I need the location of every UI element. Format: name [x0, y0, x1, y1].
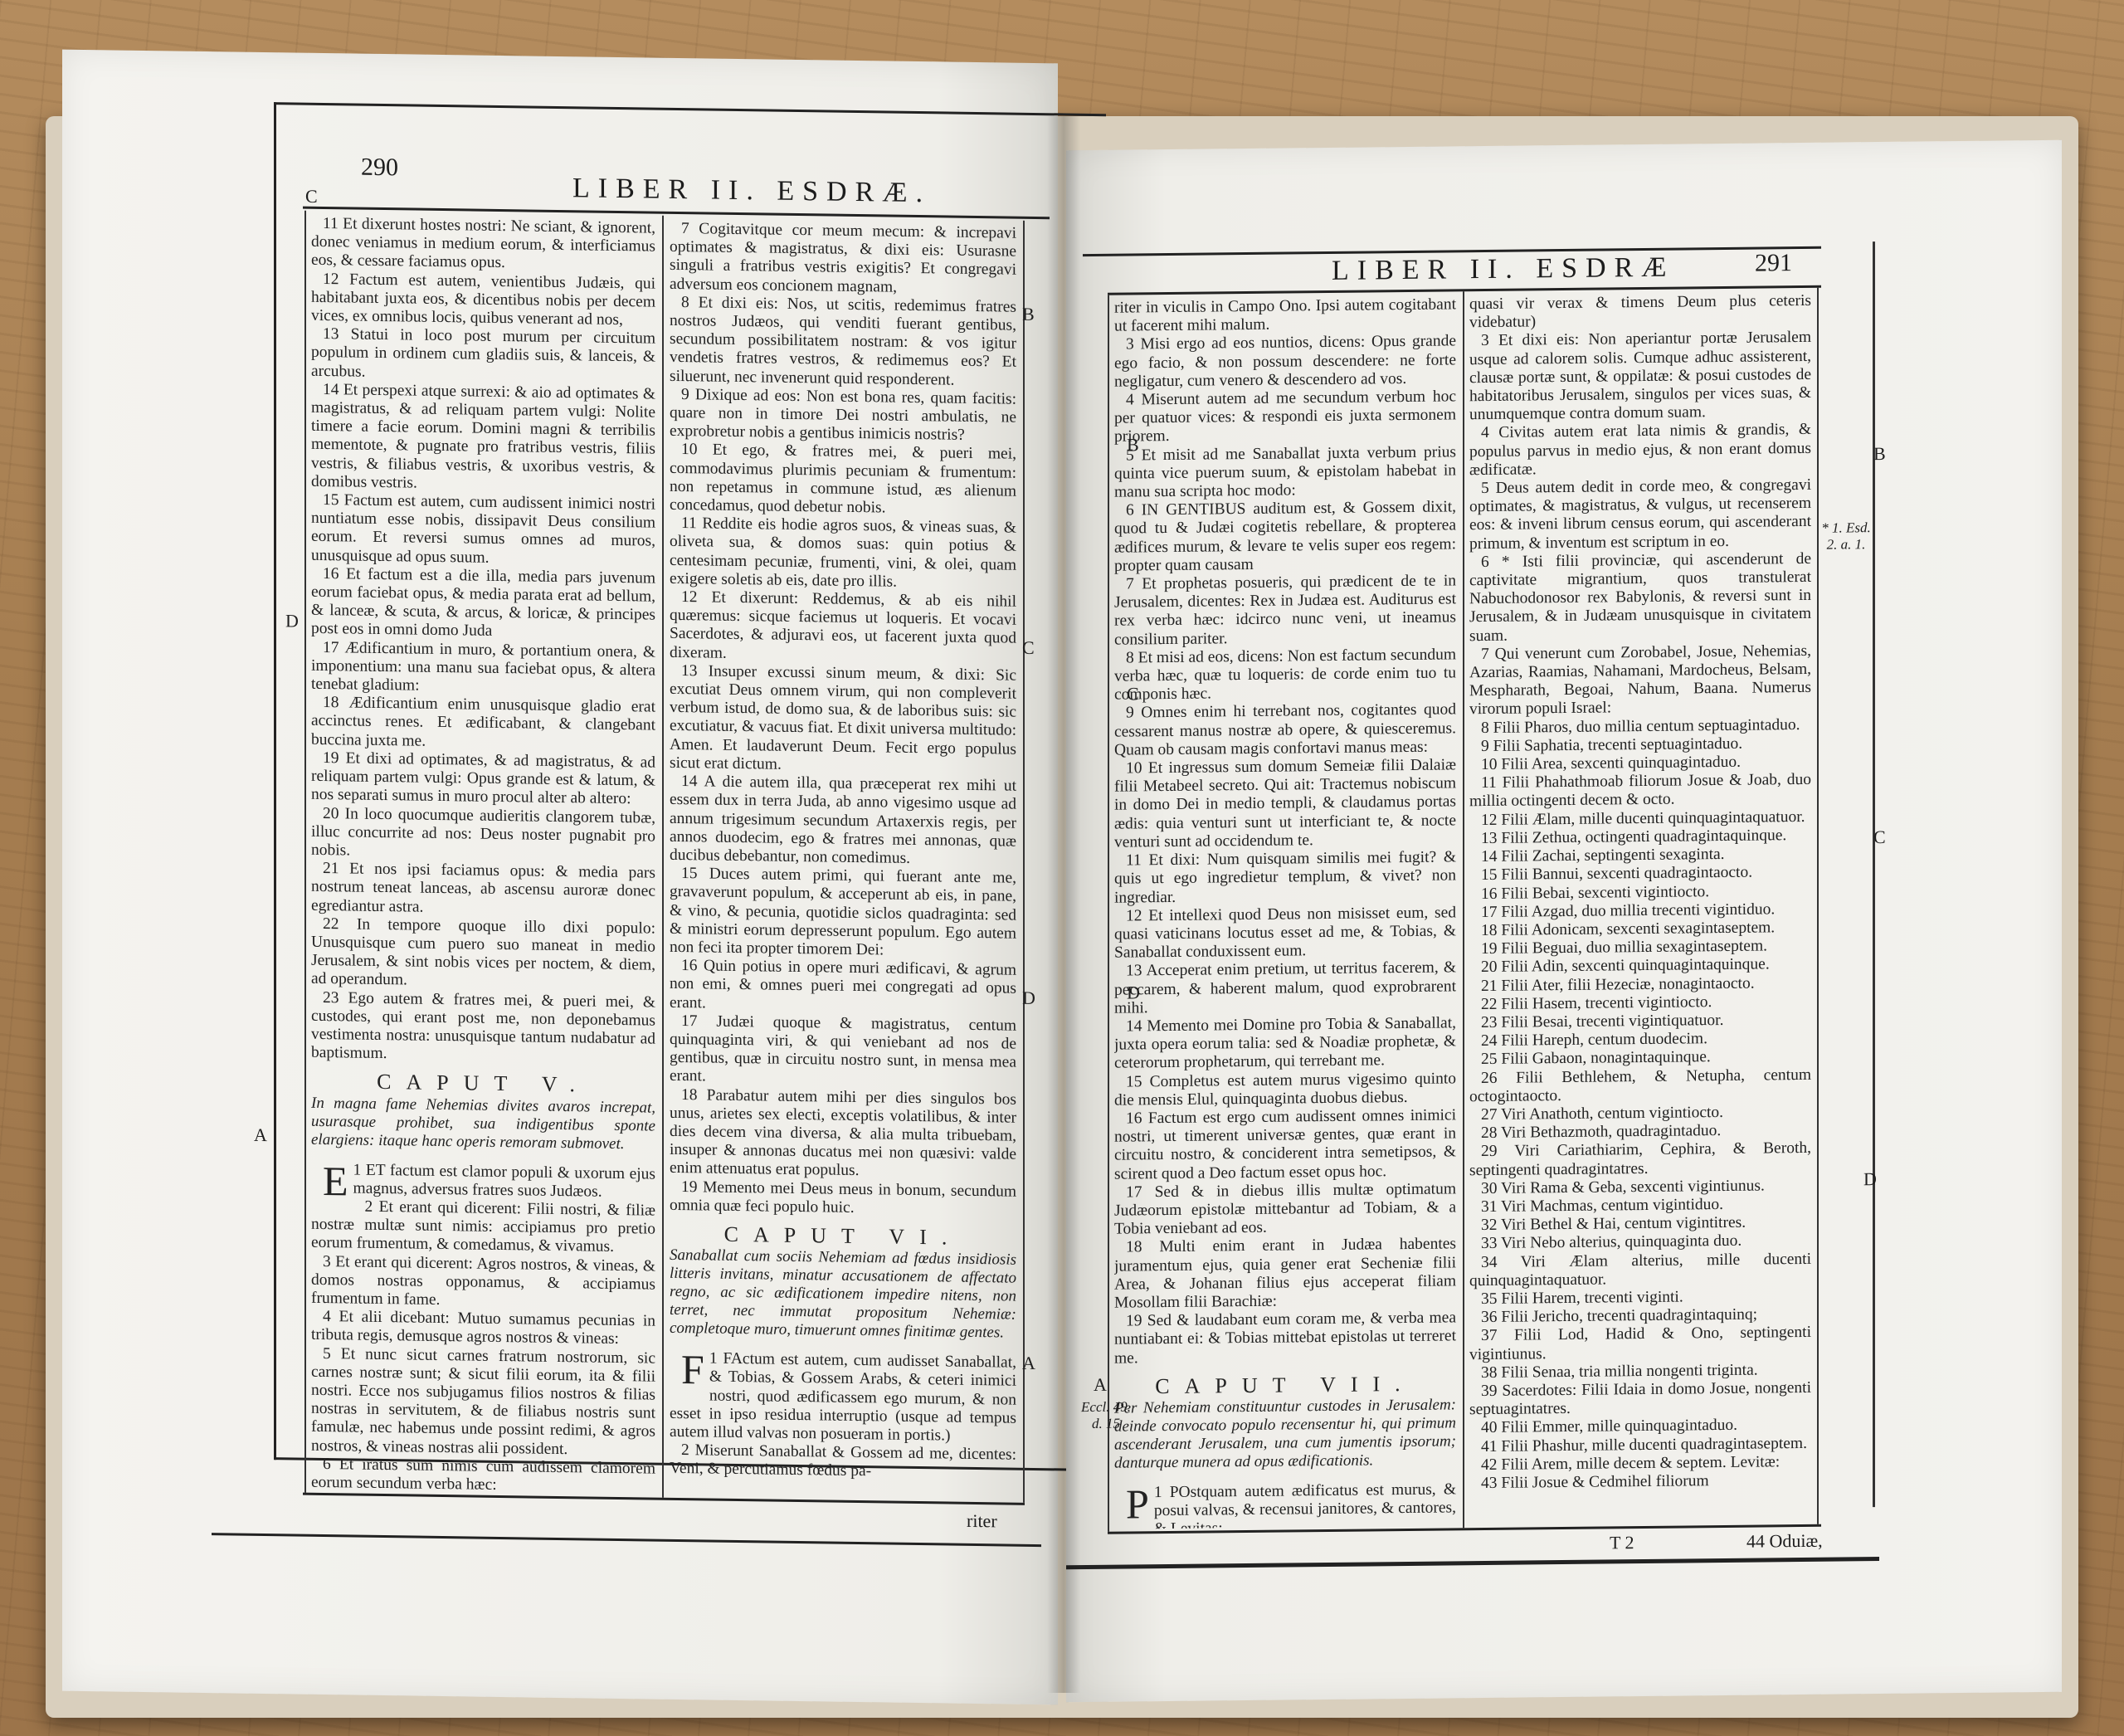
margin-note: Eccl. 49. d. 15 — [1077, 1398, 1135, 1432]
margin-letter: B — [1127, 434, 1139, 456]
verse-list: quasi vir verax & timens Deum plus ceter… — [1469, 292, 1811, 1494]
margin-letter: C — [305, 186, 318, 207]
chapter-heading: CAPUT V. — [311, 1072, 655, 1095]
left-bottom-rule — [212, 1533, 1041, 1547]
chapter-heading: CAPUT VII. — [1114, 1374, 1456, 1397]
drop-cap: P — [1126, 1485, 1149, 1522]
left-inner-rule — [304, 211, 306, 1493]
right-page-number: 291 — [1755, 249, 1792, 277]
verse: 37 Filii Lod, Hadid & Ono, septingenti v… — [1469, 1324, 1811, 1364]
right-frame-rule — [1873, 241, 1875, 1507]
book-gutter — [1047, 116, 1080, 1693]
left-page: 290 LIBER II. ESDRÆ. 11 Et dixerunt host… — [62, 50, 1058, 1705]
verse: 1 FActum est autem, cum audisset Sanabal… — [670, 1349, 1016, 1446]
right-column-divider — [1463, 291, 1464, 1528]
verse: 9 Dixique ad eos: Non est bona res, quam… — [670, 386, 1016, 446]
left-catchword: riter — [967, 1510, 997, 1533]
verse: 16 Et factum est a die illa, media pars … — [311, 565, 655, 644]
verse: 5 Deus autem dedit in corde meo, & congr… — [1469, 476, 1811, 553]
verse: 17 Judæi quoque & magistratus, centum qu… — [670, 1012, 1016, 1091]
verse: 8 Et dixi eis: Nos, ut scitis, redemimus… — [670, 294, 1016, 391]
verse: 2 Miserunt Sanaballat & Gossem ad me, di… — [670, 1441, 1016, 1483]
verse: 4 Civitas autem erat lata nimis & grandi… — [1469, 421, 1811, 480]
verse: 20 Filii Adin, sexcenti quinquagintaquin… — [1469, 955, 1811, 978]
verse: 11 Et dixerunt hostes nostri: Ne sciant,… — [311, 215, 655, 275]
verse: 6 Et iratus sum nimis cum audissem clamo… — [311, 1456, 655, 1497]
verse: 13 Insuper excussi sinum meum, & dixi: S… — [670, 662, 1016, 778]
verse-list: riter in viculis in Campo Ono. Ipsi aute… — [1114, 295, 1456, 1368]
verse: 14 Memento mei Domine pro Tobia & Sanaba… — [1114, 1014, 1456, 1073]
verse: 26 Filii Bethlehem, & Netupha, centum oc… — [1469, 1065, 1811, 1106]
verse: 12 Et dixerunt: Reddemus, & ab eis nihil… — [670, 588, 1016, 667]
verse: 6 * Isti filii provinciæ, qui ascenderun… — [1469, 550, 1811, 646]
chapter-summary: Per Nehemiam constituuntur custodes in J… — [1114, 1396, 1456, 1472]
right-page: LIBER II. ESDRÆ 291 riter in viculis in … — [1066, 140, 2062, 1703]
margin-letter: D — [1127, 982, 1140, 1003]
right-outer-rule — [1817, 288, 1819, 1524]
signature-mark: T 2 — [1610, 1532, 1634, 1553]
verse: 5 Et nunc sicut carnes fratrum nostrorum… — [311, 1344, 655, 1460]
chapter-verse-list: 1 FActum est autem, cum audisset Sanabal… — [670, 1349, 1016, 1483]
verse: 14 Et perspexi atque surrexi: & aio ad o… — [311, 381, 655, 496]
chapter-verse-list: 1 POstquam autem ædificatus est murus, &… — [1114, 1480, 1456, 1529]
verse: 16 Quin potius in opere muri ædificavi, … — [670, 957, 1016, 1017]
verse: 8 Et misi ad eos, dicens: Non est factum… — [1114, 646, 1456, 705]
verse: 13 Filii Zethua, octingenti quadragintaq… — [1469, 827, 1811, 849]
left-page-number: 290 — [361, 154, 398, 183]
verse: 13 Statui in loco post murum per circuit… — [311, 325, 655, 385]
verse: 10 Et ego, & fratres mei, & pueri mei, c… — [670, 441, 1016, 519]
verse: 7 Qui venerunt cum Zorobabel, Josue, Neh… — [1469, 642, 1811, 719]
verse: 15 Completus est autem murus vigesimo qu… — [1114, 1070, 1456, 1110]
verse: 1 POstquam autem ædificatus est murus, &… — [1114, 1480, 1456, 1529]
margin-letter: A — [254, 1124, 267, 1146]
margin-letter: D — [1022, 987, 1035, 1009]
verse: 9 Omnes enim hi terrebant nos, cogitante… — [1114, 701, 1456, 760]
verse: 19 Et dixi ad optimates, & ad magistratu… — [311, 749, 655, 809]
verse: 7 Et prophetas posueris, qui prædicent d… — [1114, 572, 1456, 649]
margin-letter: B — [1022, 304, 1035, 325]
right-page-column-2: quasi vir verax & timens Deum plus ceter… — [1469, 292, 1811, 1525]
verse: 8 Filii Pharos, duo millia centum septua… — [1469, 716, 1811, 739]
verse: 18 Parabatur autem mihi per dies singulo… — [670, 1085, 1016, 1183]
chapter-summary: Sanaballat cum sociis Nehemiam ad fœdus … — [670, 1246, 1016, 1343]
margin-letter: C — [1873, 827, 1886, 848]
verse: 30 Viri Rama & Geba, sexcenti vigintiunu… — [1469, 1177, 1811, 1199]
verse: riter in viculis in Campo Ono. Ipsi aute… — [1114, 295, 1456, 336]
verse: 23 Ego autem & fratres mei, & pueri mei,… — [311, 988, 655, 1067]
verse: 11 Et dixi: Num quisquam similis mei fug… — [1114, 848, 1456, 907]
verse: 18 Multi enim erant in Judæa habentes ju… — [1114, 1236, 1456, 1313]
verse: 17 Ædificantium in muro, & portantium on… — [311, 638, 655, 698]
verse: 14 A die autem illa, qua præceperat rex … — [670, 773, 1016, 870]
margin-letter: A — [1022, 1353, 1035, 1374]
verse: 17 Sed & in diebus illis multæ optimatum… — [1114, 1180, 1456, 1239]
verse: quasi vir verax & timens Deum plus ceter… — [1469, 292, 1811, 333]
left-column-divider — [662, 216, 664, 1498]
verse: 3 Et erant qui dicerent: Agros nostros, … — [311, 1252, 655, 1312]
margin-note: * 1. Esd. 2. a. 1. — [1817, 519, 1875, 553]
verse: 11 Reddite eis hodie agros suos, & vinea… — [670, 514, 1016, 593]
verse: 1 ET factum est clamor populi & uxorum e… — [311, 1160, 655, 1202]
right-bottom-rule — [1066, 1557, 1879, 1569]
verse: 3 Misi ergo ad eos nuntios, dicens: Opus… — [1114, 333, 1456, 392]
verse: 16 Factum est ergo cum audissent omnes i… — [1114, 1106, 1456, 1183]
verse: 39 Sacerdotes: Filii Idaia in domo Josue… — [1469, 1379, 1811, 1420]
verse: 21 Et nos ipsi faciamus opus: & media pa… — [311, 860, 655, 919]
verse: 19 Sed & laudabant eum coram me, & verba… — [1114, 1309, 1456, 1368]
chapter-summary: In magna fame Nehemias divites avaros in… — [311, 1094, 655, 1153]
left-page-column-1: 11 Et dixerunt hostes nostri: Ne sciant,… — [311, 215, 655, 1498]
verse: 7 Cogitavitque cor meum mecum: & increpa… — [670, 220, 1016, 299]
right-running-head: LIBER II. ESDRÆ — [1332, 252, 1675, 287]
verse: 19 Memento mei Deus meus in bonum, secun… — [670, 1178, 1016, 1219]
verse: 12 Et intellexi quod Deus non misisset e… — [1114, 904, 1456, 963]
drop-cap: E — [323, 1163, 348, 1199]
verse: 5 Et misit ad me Sanaballat juxta verbum… — [1114, 443, 1456, 502]
verse: 22 In tempore quoque illo dixi populo: U… — [311, 915, 655, 994]
verse: 12 Factum est autem, venientibus Judæis,… — [311, 270, 655, 329]
right-page-column-1: riter in viculis in Campo Ono. Ipsi aute… — [1114, 295, 1456, 1529]
verse: 34 Viri Ælam alterius, mille ducenti qui… — [1469, 1250, 1811, 1290]
right-inner-rule — [1108, 295, 1109, 1532]
verse: 4 Miserunt autem ad me secundum verbum h… — [1114, 388, 1456, 446]
margin-letter: D — [285, 610, 299, 631]
verse: 10 Et ingressus sum domum Semeiæ filii D… — [1114, 756, 1456, 851]
verse: 42 Filii Arem, mille decem & septem. Lev… — [1469, 1453, 1811, 1475]
left-running-head: LIBER II. ESDRÆ. — [572, 173, 931, 209]
left-page-column-2: 7 Cogitavitque cor meum mecum: & increpa… — [670, 220, 1016, 1503]
verse: 11 Filii Phahathmoab filiorum Josue & Jo… — [1469, 771, 1811, 812]
margin-letter: A — [1094, 1374, 1107, 1396]
margin-letter: C — [1022, 637, 1035, 659]
chapter-verse-list: 1 ET factum est clamor populi & uxorum e… — [311, 1160, 655, 1496]
verse: 43 Filii Josue & Cedmihel filiorum — [1469, 1471, 1811, 1494]
verse: 6 IN GENTIBUS auditum est, & Gossem dixi… — [1114, 499, 1456, 576]
chapter-heading: CAPUT VI. — [670, 1225, 1016, 1248]
margin-letter: D — [1863, 1168, 1877, 1190]
verse: 29 Viri Cariathiarim, Cephira, & Beroth,… — [1469, 1139, 1811, 1180]
verse: 18 Ædificantium enim unusquisque gladio … — [311, 694, 655, 753]
verse: 15 Factum est autem, cum audissent inimi… — [311, 491, 655, 570]
verse: 2 Et erant qui dicerent: Filii nostri, &… — [311, 1197, 655, 1257]
verse-list: 7 Cogitavitque cor meum mecum: & increpa… — [670, 220, 1016, 1220]
left-right-rule — [1023, 221, 1025, 1503]
verse: 3 Et dixi eis: Non aperiantur portæ Jeru… — [1469, 329, 1811, 424]
verse: 13 Acceperat enim pretium, ut territus f… — [1114, 959, 1456, 1018]
drop-cap: F — [681, 1351, 704, 1387]
verse: 20 In loco quocumque audieritis clangore… — [311, 804, 655, 864]
verse: 15 Duces autem primi, qui fuerant ante m… — [670, 865, 1016, 962]
right-catchword: 44 Oduiæ, — [1746, 1530, 1823, 1553]
left-margin-letters: CDABCDA — [62, 50, 1058, 64]
verse: 4 Et alii dicebant: Mutuo sumamus pecuni… — [311, 1308, 655, 1349]
margin-letter: B — [1873, 443, 1886, 465]
verse-list: 11 Et dixerunt hostes nostri: Ne sciant,… — [311, 215, 655, 1067]
margin-letter: C — [1127, 683, 1139, 705]
